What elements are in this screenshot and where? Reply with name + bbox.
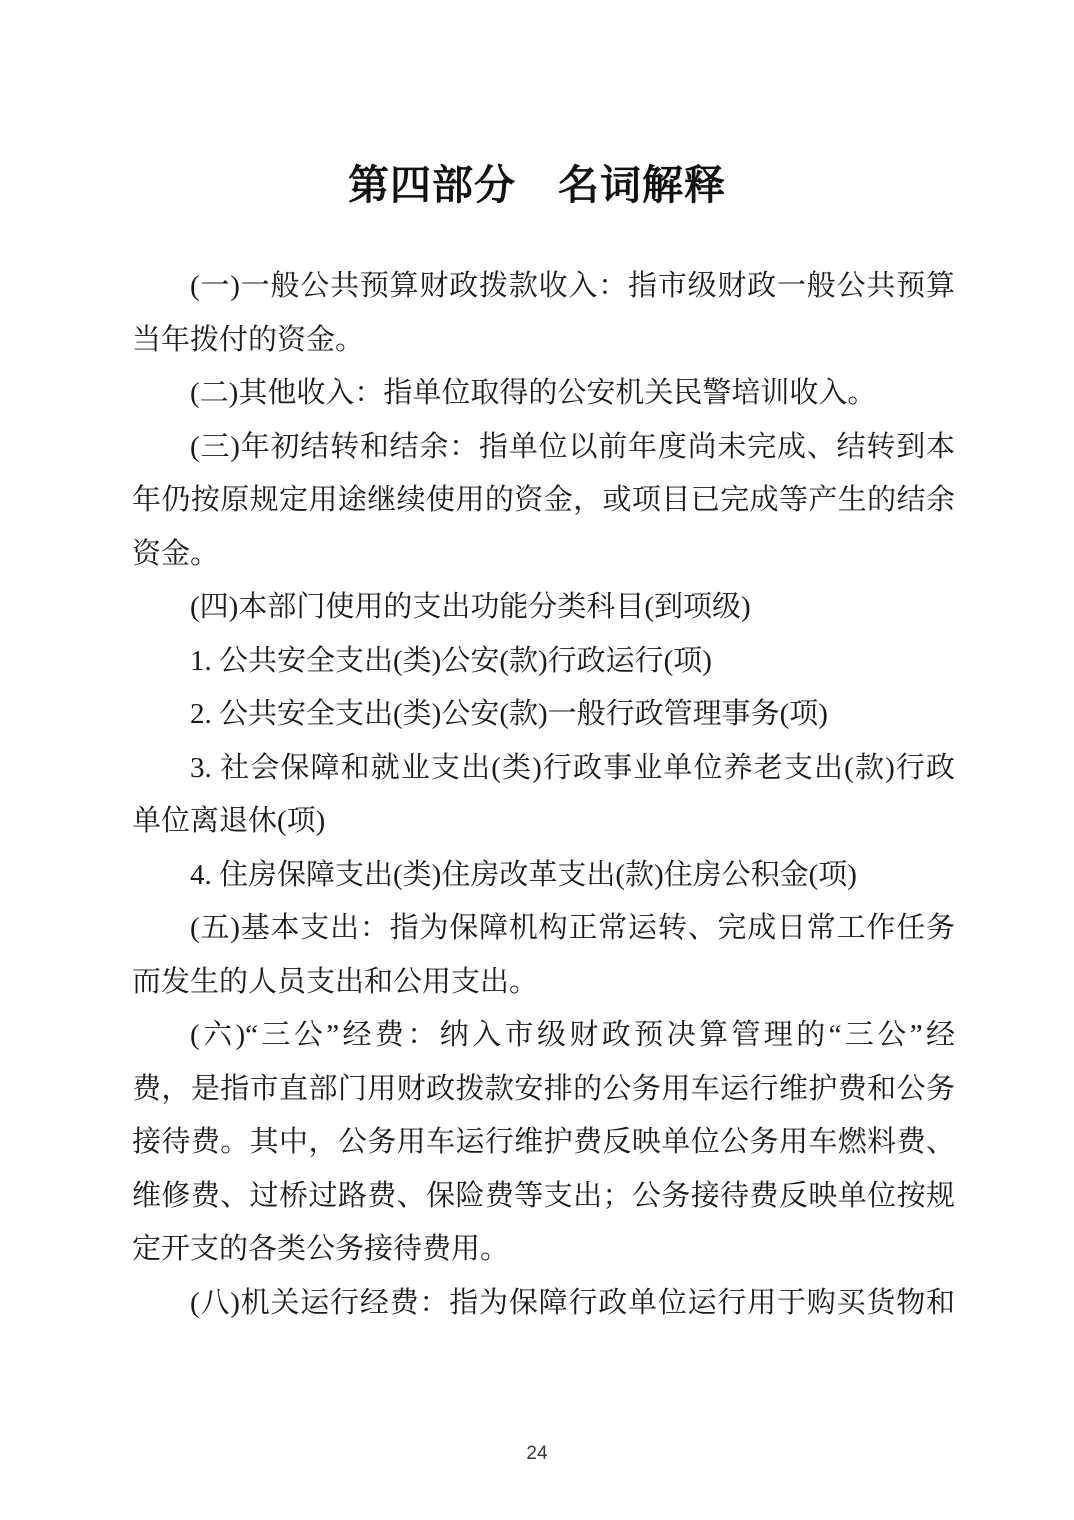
text-line: 接待费。其中，公务用车运行维护费反映单位公务用车燃料费、 [132, 1116, 955, 1170]
text-line: (六)“三公”经费：纳入市级财政预决算管理的“三公”经 [132, 1009, 955, 1063]
text-line: 而发生的人员支出和公用支出。 [132, 956, 955, 1010]
document-body: (一)一般公共预算财政拨款收入：指市级财政一般公共预算 当年拨付的资金。 (二)… [132, 260, 955, 1330]
text-line: (三)年初结转和结余：指单位以前年度尚未完成、结转到本 [132, 421, 955, 475]
text-line: (五)基本支出：指为保障机构正常运转、完成日常工作任务 [132, 902, 955, 956]
section-title: 第四部分 名词解释 [0, 158, 1074, 212]
text-line: 年仍按原规定用途继续使用的资金，或项目已完成等产生的结余 [132, 474, 955, 528]
text-line: 2. 公共安全支出(类)公安(款)一般行政管理事务(项) [132, 688, 955, 742]
text-line: 1. 公共安全支出(类)公安(款)行政运行(项) [132, 635, 955, 689]
page-number: 24 [0, 1441, 1074, 1467]
text-line: 4. 住房保障支出(类)住房改革支出(款)住房公积金(项) [132, 849, 955, 903]
text-line: 定开支的各类公务接待费用。 [132, 1223, 955, 1277]
text-line: 3. 社会保障和就业支出(类)行政事业单位养老支出(款)行政 [132, 742, 955, 796]
text-line: 单位离退休(项) [132, 795, 955, 849]
document-page: 第四部分 名词解释 (一)一般公共预算财政拨款收入：指市级财政一般公共预算 当年… [0, 0, 1074, 1520]
text-line: 当年拨付的资金。 [132, 314, 955, 368]
text-line: 资金。 [132, 528, 955, 582]
text-line: (四)本部门使用的支出功能分类科目(到项级) [132, 581, 955, 635]
text-line: (二)其他收入：指单位取得的公安机关民警培训收入。 [132, 367, 955, 421]
text-line: (一)一般公共预算财政拨款收入：指市级财政一般公共预算 [132, 260, 955, 314]
text-line: 费，是指市直部门用财政拨款安排的公务用车运行维护费和公务 [132, 1063, 955, 1117]
text-line: 维修费、过桥过路费、保险费等支出；公务接待费反映单位按规 [132, 1170, 955, 1224]
text-line: (八)机关运行经费：指为保障行政单位运行用于购买货物和 [132, 1277, 955, 1331]
